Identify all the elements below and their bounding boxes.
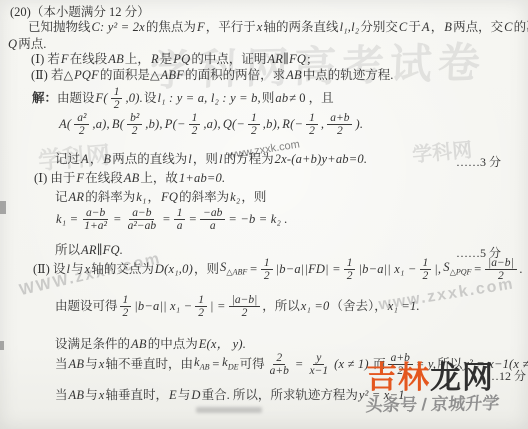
math-run: AB: [107, 52, 125, 67]
text-run: ，: [148, 190, 161, 205]
text-run: 轴的交点为: [91, 262, 154, 277]
text-run: ，则: [241, 190, 266, 205]
math-run: AB: [285, 68, 303, 83]
fraction-denominator: 2: [248, 125, 260, 137]
fraction-numerator: a−b: [129, 207, 154, 220]
fraction-numerator: b²: [127, 112, 142, 125]
toutiao-subtitle: 头条号 / 京城升学: [365, 395, 500, 414]
score-marker-5pts: ……5 分: [456, 244, 501, 261]
math-run: F: [60, 52, 70, 67]
text-run: 与: [85, 357, 98, 372]
fraction-numerator: −ab: [200, 207, 225, 220]
text-run: (Ⅰ) 若: [31, 52, 60, 67]
math-run: R(−: [281, 117, 304, 132]
fraction-denominator: 2: [495, 270, 507, 282]
text-run: 于: [408, 20, 421, 35]
fraction-numerator: a−b: [83, 207, 108, 220]
math-run: 1+ab=0.: [178, 171, 226, 186]
fraction-numerator: 1: [248, 112, 260, 125]
math-run: AR∥FQ.: [80, 243, 124, 258]
math-run: |b−a|| x₁ −: [357, 262, 417, 277]
text-line: 设满足条件的 AB 的中点为 E(x， y).: [55, 337, 247, 352]
fraction-numerator: |a−b|: [229, 294, 261, 307]
text-run: ，: [431, 20, 444, 35]
text-run: 上，: [125, 52, 150, 67]
math-run: x: [256, 20, 264, 35]
math-run: AB: [130, 337, 148, 352]
fraction-denominator: x−1: [306, 365, 331, 377]
fraction: a²2: [74, 112, 89, 138]
text-line: 已知抛物线 C: y² = 2x 的焦点为 F，平行于 x 轴的两条直线 l₁,…: [28, 20, 528, 35]
fraction: 12: [420, 257, 432, 283]
fraction-numerator: y: [313, 352, 324, 365]
math-run: =: [211, 357, 222, 372]
math-run: ab: [274, 91, 289, 106]
text-run: 的斜率为: [179, 190, 229, 205]
fraction-denominator: 2: [306, 125, 318, 137]
text-run: ，则: [193, 152, 218, 167]
fraction-denominator: 2: [195, 307, 207, 319]
math-run: |b−a||FD| =: [275, 262, 342, 277]
text-run: 的斜率为: [85, 190, 135, 205]
text-line: k₁ =a−b1+a²=a−ba²−ab=1a=−aba= −b = k₂ .: [55, 207, 289, 233]
fraction-numerator: 1: [111, 86, 123, 99]
text-run: 记: [55, 190, 68, 205]
brand-name-part2: 龙网: [430, 360, 494, 395]
text-line: (Ⅰ) 由于 F 在线段 AB 上，故 1+ab=0.: [34, 171, 226, 186]
footer-stamp-smudge: [196, 407, 262, 413]
math-run: ,b),: [144, 117, 163, 132]
math-run: k₂: [229, 190, 241, 205]
fraction-numerator: 1: [420, 257, 432, 270]
math-run: ).: [354, 117, 364, 132]
fraction: a+b2: [327, 112, 352, 138]
text-run: 所以: [55, 243, 80, 258]
fraction-denominator: 2: [129, 125, 141, 137]
fraction-denominator: a: [207, 220, 219, 232]
text-line: A(a²2,a), B(b²2,b), P(−12,a), Q(−12,b), …: [58, 112, 364, 138]
math-run: B: [102, 152, 112, 167]
math-run: l₁,l₂: [339, 20, 361, 35]
fraction-numerator: 2: [273, 352, 285, 365]
text-run: 由题设可得: [55, 299, 118, 314]
text-run: （舍去），: [330, 299, 386, 314]
text-line: 当 AB 与 x 轴垂直时，E 与 D 重合. 所以，所求轨迹方程为 y² = …: [55, 388, 406, 403]
math-run: =: [187, 212, 198, 227]
text-run: 的焦点为: [146, 20, 196, 35]
fraction-denominator: 2: [239, 307, 251, 319]
math-run: ,b),: [262, 117, 281, 132]
text-run: 在线段: [85, 171, 123, 186]
fraction-numerator: a+b: [327, 112, 352, 125]
math-run: D: [190, 388, 201, 403]
math-subscripted: S△ABF: [219, 260, 248, 280]
score-marker-3pts: ……3 分: [456, 153, 501, 170]
math-run: B: [443, 20, 453, 35]
fraction: 2a+b: [267, 352, 292, 378]
math-run: ABF: [160, 68, 186, 83]
fraction: −aba: [200, 207, 225, 233]
math-run: k₁ =: [55, 212, 79, 227]
math-run: F: [75, 171, 85, 186]
text-run: 记过: [55, 152, 80, 167]
scan-edge-artifact: [0, 201, 6, 214]
text-run: 上，故: [140, 171, 178, 186]
fraction-denominator: a+b: [267, 365, 292, 377]
fraction-denominator: 2: [120, 307, 132, 319]
math-run: = −b = k₂ .: [227, 212, 288, 227]
text-run: ;: [307, 52, 310, 67]
branding-overlay: 吉林龙网 …12 分 头条号 / 京城升学: [366, 362, 499, 413]
math-run: =: [112, 212, 123, 227]
scan-edge-artifact: [0, 341, 4, 350]
math-run: =: [472, 262, 483, 277]
fraction-denominator: 1+a²: [81, 220, 110, 232]
text-run: 分别交: [360, 20, 398, 35]
math-run: F: [196, 20, 206, 35]
fraction-numerator: 1: [344, 257, 356, 270]
text-run: 当: [55, 388, 68, 403]
document-page: 学科网高考试卷 学科网 学科网 www.zxxk.com WWW.zxxk.co…: [0, 0, 528, 429]
text-line: 解：由题设 F(12,0). 设 l₁ : y = a, l₂ : y = b,…: [32, 86, 334, 112]
text-run: 已知抛物线: [28, 20, 91, 35]
math-run: x: [98, 357, 106, 372]
math-run: ,a),: [202, 117, 221, 132]
math-run: ,: [320, 117, 325, 132]
text-run: 两点.: [18, 37, 46, 52]
math-run: A(: [58, 117, 72, 132]
math-run: k₁: [135, 190, 147, 205]
math-run: Q(−: [222, 117, 246, 132]
math-run: ,0).: [124, 91, 143, 106]
fraction: yx−1: [306, 352, 331, 378]
text-line: (20)（本小题满分 12 分）: [10, 5, 150, 20]
text-run: 与: [71, 262, 84, 277]
math-run: A: [80, 152, 90, 167]
math-subscripted: kAB: [193, 355, 211, 375]
math-run: |b−a|| x₁ −: [133, 299, 193, 314]
math-run: C: [398, 20, 409, 35]
fraction: a−ba²−ab: [125, 207, 159, 233]
fraction: 12: [248, 112, 260, 138]
text-run: 的中点为: [148, 337, 198, 352]
fraction: 12: [195, 294, 207, 320]
fraction: 12: [344, 257, 356, 283]
text-run: ，所以: [262, 299, 300, 314]
fraction-denominator: 2: [76, 125, 88, 137]
fraction-denominator: 2: [189, 125, 201, 137]
text-line: Q 两点.: [7, 37, 46, 52]
fraction-denominator: 2: [344, 270, 356, 282]
fraction-numerator: 1: [189, 112, 201, 125]
fraction-denominator: 2: [334, 125, 346, 137]
fraction: 12: [261, 257, 273, 283]
text-run: ，平行于: [206, 20, 256, 35]
math-run: x₁ =1.: [387, 299, 421, 314]
fraction-denominator: a: [174, 220, 186, 232]
text-run: 设: [144, 91, 157, 106]
math-run: AR∥FQ: [266, 52, 307, 67]
bold-text-run: 解：: [32, 91, 57, 106]
text-run: 与: [85, 388, 98, 403]
text-line: 由题设可得 12|b−a|| x₁ −12| =|a−b|2，所以 x₁ =0（…: [55, 294, 421, 320]
text-line: (Ⅱ) 设 l 与 x 轴的交点为 D(x₁,0)，则 S△ABF=12|b−a…: [33, 257, 524, 283]
math-run: A: [421, 20, 431, 35]
fraction-numerator: 1: [261, 257, 273, 270]
math-run: C: y² = 2x: [91, 20, 146, 35]
math-run: =: [248, 262, 259, 277]
text-run: 两点的直线为: [112, 152, 187, 167]
text-run: 在线段: [70, 52, 108, 67]
text-run: 中点的轨迹方程.: [303, 68, 394, 83]
math-run: | =: [209, 299, 227, 314]
math-run: F(: [95, 91, 109, 106]
math-run: AR: [68, 190, 86, 205]
math-run: 2x-(a+b)y+ab=0.: [274, 152, 369, 167]
fraction-denominator: 2: [111, 99, 123, 111]
math-subscripted: S△PQF: [442, 260, 472, 280]
fraction: 1a: [174, 207, 186, 233]
text-run: ≠ 0 ，且: [289, 91, 333, 106]
fraction-numerator: 1: [174, 207, 186, 220]
fraction: b²2: [127, 112, 142, 138]
math-run: C: [503, 20, 514, 35]
text-run: 当: [55, 357, 68, 372]
text-run: 的面积是△: [100, 68, 160, 83]
text-run: (20)（本小题满分 12 分）: [10, 5, 150, 20]
fraction-numerator: 1: [306, 112, 318, 125]
text-run: 轴垂直时，: [105, 388, 168, 403]
math-run: AB: [68, 357, 86, 372]
text-line: 记过 A，B 两点的直线为 l，则 l 的方程为 2x-(a+b)y+ab=0.: [55, 152, 368, 167]
math-run: PQF: [73, 68, 100, 83]
fraction-denominator: a²−ab: [125, 220, 159, 232]
fraction: 12: [189, 112, 201, 138]
math-run: x₁ =0: [300, 299, 331, 314]
text-run: 的中点，证明: [191, 52, 266, 67]
score-marker-12pts: …12 分: [487, 370, 526, 382]
fraction: a−b1+a²: [81, 207, 110, 233]
math-run: Q: [7, 37, 18, 52]
text-line: (Ⅰ) 若 F 在线段 AB 上，R 是 PQ 的中点，证明 AR∥FQ;: [31, 52, 311, 67]
math-run: B(: [111, 117, 125, 132]
text-run: 可得: [240, 357, 265, 372]
text-run: 两点，交: [453, 20, 503, 35]
text-run: 设满足条件的: [55, 337, 130, 352]
math-run: l₁ : y = a, l₂ : y = b,: [156, 91, 261, 106]
math-run: R: [150, 52, 160, 67]
math-run: ,a),: [91, 117, 110, 132]
math-run: AB: [123, 171, 141, 186]
math-run: E: [168, 388, 178, 403]
brand-name-part1: 吉林: [366, 360, 430, 395]
fraction: |a−b|2: [229, 294, 261, 320]
text-run: 轴的两条直线: [264, 20, 339, 35]
fraction: 12: [111, 86, 123, 112]
text-run: 的准线于: [514, 20, 528, 35]
math-run: =: [161, 212, 172, 227]
text-run: ，则: [194, 262, 219, 277]
fraction-numerator: a²: [74, 112, 89, 125]
fraction-denominator: 2: [261, 270, 273, 282]
text-line: (Ⅱ) 若△PQF 的面积是△ABF 的面积的两倍，求 AB 中点的轨迹方程.: [31, 68, 393, 83]
fraction: 12: [306, 112, 318, 138]
jilin-longwang-logo: 吉林龙网: [366, 362, 494, 393]
math-run: PQ: [172, 52, 191, 67]
fraction-numerator: 1: [120, 294, 132, 307]
text-run: 与: [178, 388, 191, 403]
text-line: 所以 AR∥FQ.: [55, 243, 124, 258]
text-run: (Ⅱ) 设: [33, 262, 65, 277]
math-run: E(x， y).: [198, 337, 247, 352]
text-run: 由题设: [57, 91, 95, 106]
text-run: 的面积的两倍，求: [185, 68, 285, 83]
math-run: AB: [68, 388, 86, 403]
text-run: (Ⅱ) 若△: [31, 68, 73, 83]
math-run: D(x₁,0): [154, 262, 194, 277]
text-run: 重合. 所以，所求轨迹方程为: [202, 388, 358, 403]
math-run: .: [519, 262, 524, 277]
math-run: x: [98, 388, 106, 403]
math-run: FQ: [160, 190, 179, 205]
fraction-denominator: 2: [420, 270, 432, 282]
text-run: 则: [262, 91, 275, 106]
math-run: |,: [433, 262, 442, 277]
math-subscripted: kDE: [221, 355, 239, 375]
math-run: x: [84, 262, 92, 277]
fraction-numerator: 1: [195, 294, 207, 307]
text-line: 记 AR 的斜率为 k₁，FQ 的斜率为 k₂，则: [55, 190, 266, 205]
text-run: ，: [90, 152, 103, 167]
math-run: P(−: [164, 117, 187, 132]
text-run: 是: [160, 52, 173, 67]
math-run: =: [294, 357, 305, 372]
text-run: 轴不垂直时，由: [105, 357, 193, 372]
text-run: 的方程为: [224, 152, 274, 167]
text-run: (Ⅰ) 由于: [34, 171, 75, 186]
fraction: 12: [120, 294, 132, 320]
